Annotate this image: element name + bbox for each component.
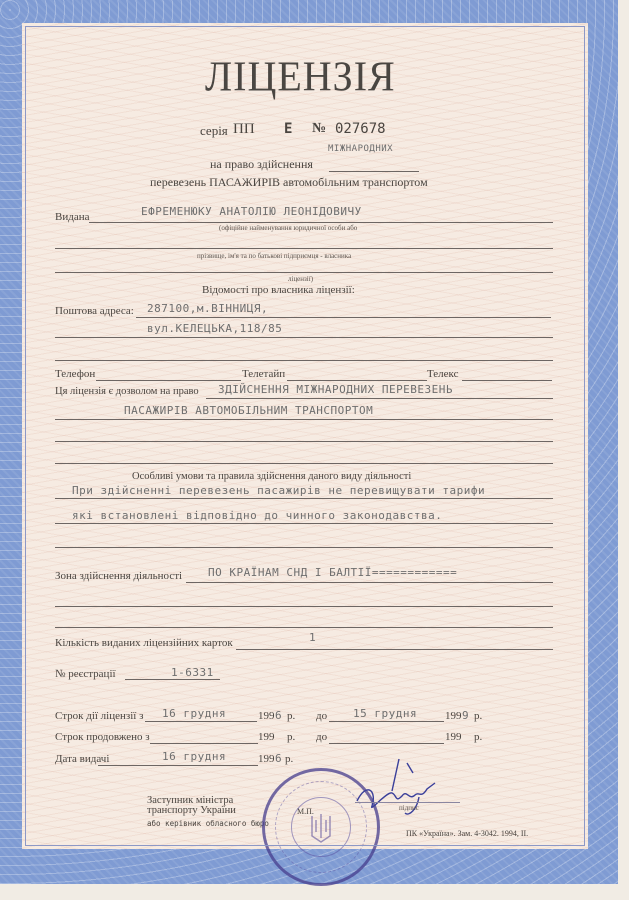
address-line-2: вул.КЕЛЕЦЬКА,118/85	[147, 322, 282, 335]
teletype-label: Телетайп	[242, 368, 285, 380]
extension-from-line	[150, 743, 258, 744]
validity-from-line	[145, 721, 257, 722]
issued-to-value: ЕФРЕМЕНЮКУ АНАТОЛІЮ ЛЕОНІДОВИЧУ	[141, 205, 362, 218]
right-underline	[329, 171, 419, 172]
series-label: серія	[200, 123, 228, 139]
signatory-line-2: транспорту України	[147, 805, 236, 816]
address-underline-3	[55, 360, 553, 361]
conditions-underline-1	[55, 498, 553, 499]
validity-to-date: 15 грудня	[353, 707, 417, 720]
trident-emblem-icon	[291, 797, 351, 857]
zone-value: ПО КРАЇНАМ СНД І БАЛТІЇ============	[208, 566, 457, 579]
permission-underline-4	[55, 463, 553, 464]
address-underline-1	[136, 317, 551, 318]
address-label: Поштова адреса:	[55, 305, 134, 317]
printer-info: ПК «Україна». Зам. 4-3042. 1994, II.	[406, 829, 528, 838]
validity-to-label: до	[316, 710, 327, 722]
permission-underline-2	[55, 419, 553, 420]
permission-underline-3	[55, 441, 553, 442]
extension-from-year: 199	[258, 731, 275, 743]
issue-date-label: Дата видачі	[55, 753, 109, 765]
transport-line: перевезень ПАСАЖИРІВ автомобільним транс…	[150, 175, 428, 190]
telex-line	[462, 380, 552, 381]
number-sign: №	[312, 121, 326, 137]
validity-from-date: 16 грудня	[162, 707, 226, 720]
owner-info-heading: Відомості про власника ліцензії:	[202, 284, 355, 296]
validity-from-year-suffix: р.	[287, 710, 295, 722]
series-value: ПП	[233, 121, 255, 138]
teletype-line	[287, 380, 427, 381]
cards-underline	[236, 649, 553, 650]
right-label: на право здійснення	[210, 157, 313, 172]
permission-label: Ця ліцензія є дозволом на право	[55, 386, 199, 397]
cards-value: 1	[309, 631, 316, 644]
conditions-line-1: При здійсненні перевезень пасажирів не п…	[72, 484, 485, 497]
signature-line	[355, 802, 460, 803]
address-underline-2	[55, 337, 553, 338]
registration-label: № реєстрації	[55, 668, 116, 680]
extension-to-suffix: р.	[474, 731, 482, 743]
extension-label: Строк продовжено з	[55, 731, 150, 743]
issue-date-year-suffix: р.	[285, 753, 293, 765]
zone-underline-3	[55, 627, 553, 628]
validity-from-year-digit: 6	[275, 709, 282, 722]
zone-label: Зона здійснення діяльності	[55, 570, 182, 582]
signatory-line-3: або керівник обласного бюро	[147, 819, 269, 828]
permission-line-2: ПАСАЖИРІВ АВТОМОБІЛЬНИМ ТРАНСПОРТОМ	[124, 404, 373, 417]
permission-line-1: ЗДІЙСНЕННЯ МІЖНАРОДНИХ ПЕРЕВЕЗЕНЬ	[218, 383, 453, 396]
extension-to-line	[329, 743, 444, 744]
signature-label: підпис	[399, 804, 419, 812]
issue-date-year-digit: 6	[275, 752, 282, 765]
phone-label: Телефон	[55, 368, 95, 380]
extension-from-suffix: р.	[287, 731, 295, 743]
validity-to-line	[329, 721, 444, 722]
telex-label: Телекс	[427, 368, 459, 380]
validity-from-year-prefix: 199	[258, 710, 275, 722]
issue-date-value: 16 грудня	[162, 750, 226, 763]
validity-to-year-digit: 9	[462, 709, 469, 722]
zone-underline-2	[55, 606, 553, 607]
phone-line	[96, 380, 241, 381]
issued-to-label: Видана	[55, 211, 89, 223]
extension-to-year: 199	[445, 731, 462, 743]
extension-to-label: до	[316, 731, 327, 743]
zone-underline-1	[186, 582, 553, 583]
validity-to-year-prefix: 199	[445, 710, 462, 722]
issue-date-year-prefix: 199	[258, 753, 275, 765]
issued-to-line-1	[89, 222, 553, 223]
registration-value: 1-6331	[171, 666, 214, 679]
signature	[347, 751, 447, 826]
issued-to-line-3	[55, 272, 553, 273]
issued-to-line-2	[55, 248, 553, 249]
license-number: 027678	[335, 121, 386, 137]
registration-underline	[125, 679, 220, 680]
issued-to-hint-3: ліцензії)	[288, 275, 313, 283]
conditions-underline-2	[55, 523, 553, 524]
conditions-underline-3	[55, 547, 553, 548]
conditions-heading: Особливі умови та правила здійснення дан…	[132, 471, 411, 482]
right-value: МІЖНАРОДНИХ	[328, 144, 393, 154]
address-line-1: 287100,м.ВІННИЦЯ,	[147, 302, 268, 315]
conditions-line-2: які встановлені відповідно до чинного за…	[72, 509, 442, 522]
issued-to-hint-1: (офіційне найменування юридичної особи а…	[219, 224, 357, 232]
license-document: ЛІЦЕНЗІЯ серія ПП Е № 027678 МІЖНАРОДНИХ…	[22, 23, 588, 849]
validity-to-year-suffix: р.	[474, 710, 482, 722]
validity-label: Строк дії ліцензії з	[55, 710, 143, 722]
cards-label: Кількість виданих ліцензійних карток	[55, 637, 233, 649]
permission-underline-1	[206, 398, 553, 399]
issue-date-line	[98, 765, 258, 766]
document-title: ЛІЦЕНЗІЯ	[205, 52, 396, 101]
issued-to-hint-2: прізвище, ім'я та по батькові підприємця…	[197, 252, 351, 260]
series-letter: Е	[284, 121, 292, 137]
